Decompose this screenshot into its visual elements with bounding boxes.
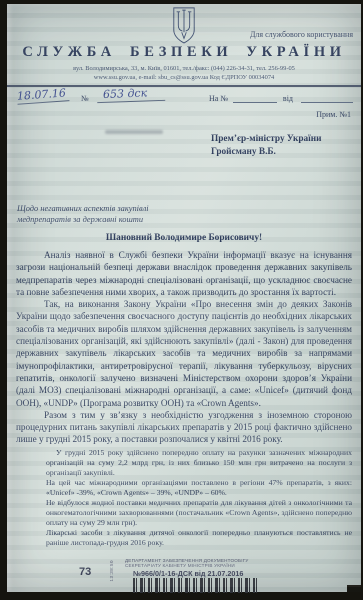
stamp-department: ДЕПАРТАМЕНТ ЗАБЕЗПЕЧЕННЯ ДОКУМЕНТООБІГУ … <box>125 558 249 569</box>
org-contact-line: www.ssu.gov.ua, e-mail: sbu_cs@ssu.gov.u… <box>7 74 361 81</box>
org-title: СЛУЖБА БЕЗПЕКИ УКРАЇНИ <box>7 44 361 61</box>
reply-date-blank-line <box>301 102 353 103</box>
copy-number-label: Прим. №1 <box>316 110 351 119</box>
registration-stamp: 73 13:38:50 ДЕПАРТАМЕНТ ЗАБЕЗПЕЧЕННЯ ДОК… <box>67 558 351 596</box>
handwritten-date: 18.07.16 <box>17 86 70 105</box>
reply-date-label: від <box>283 94 293 103</box>
stamp-time: 13:38:50 <box>109 560 114 582</box>
addressee-name: Гройсману В.Б. <box>211 146 351 159</box>
reference-row: 18.07.16 № 653 дск На № від <box>13 88 355 110</box>
salutation: Шановний Володимире Борисовичу! <box>16 233 352 243</box>
reply-number-blank-line <box>233 102 277 103</box>
org-address-line: вул. Володимирська, 33, м. Київ, 01601, … <box>7 65 361 72</box>
document-page: Для службового користування СЛУЖБА БЕЗПЕ… <box>7 4 361 592</box>
photo-corner-shadow <box>347 585 361 592</box>
reply-number-label: На № <box>209 94 228 103</box>
classification-label: Для службового користування <box>250 30 353 39</box>
number-label: № <box>81 94 89 103</box>
stamp-department-line-2: СЕКРЕТАРІАТУ КАБІНЕТУ МІНІСТРІВ УКРАЇНИ <box>125 563 249 568</box>
page-number: 73 <box>79 566 91 578</box>
paragraph-3: Разом з тим у зв’язку з необхідністю узг… <box>16 409 352 446</box>
scanned-letter-photo: { "classification": "Для службового кори… <box>0 0 363 600</box>
addressee-block: Прем’єр-міністру України Гройсману В.Б. <box>211 133 351 159</box>
letter-body: Шановний Володимире Борисовичу! Аналіз н… <box>16 233 352 548</box>
sub-paragraph-2: На цей час міжнародними організаціями по… <box>46 478 352 498</box>
subject-line-1: Щодо негативних аспектів закупівлі <box>17 203 192 214</box>
barcode <box>133 578 259 593</box>
sub-paragraph-4: Лікарські засоби з лікування дитячої онк… <box>46 528 352 548</box>
paragraph-1: Аналіз наявної в Службі безпеки України … <box>16 249 352 298</box>
handwritten-number: 653 дск <box>97 86 166 103</box>
erased-pencil-mark <box>105 130 163 134</box>
stamp-registration-number: №966/0/1-16-ДСК від 21.07.2016 <box>133 569 243 578</box>
paragraph-2: Так, на виконання Закону України «Про вн… <box>16 298 352 409</box>
sub-paragraph-1: У грудні 2015 року здійснено попередню о… <box>46 448 352 478</box>
subject-block: Щодо негативних аспектів закупівлі медпр… <box>17 203 192 225</box>
sub-paragraph-3: Не відбулося жодної поставки медичних пр… <box>46 498 352 528</box>
addressee-title: Прем’єр-міністру України <box>211 133 351 146</box>
subject-line-2: медпрепаратів за державні кошти <box>17 214 192 225</box>
